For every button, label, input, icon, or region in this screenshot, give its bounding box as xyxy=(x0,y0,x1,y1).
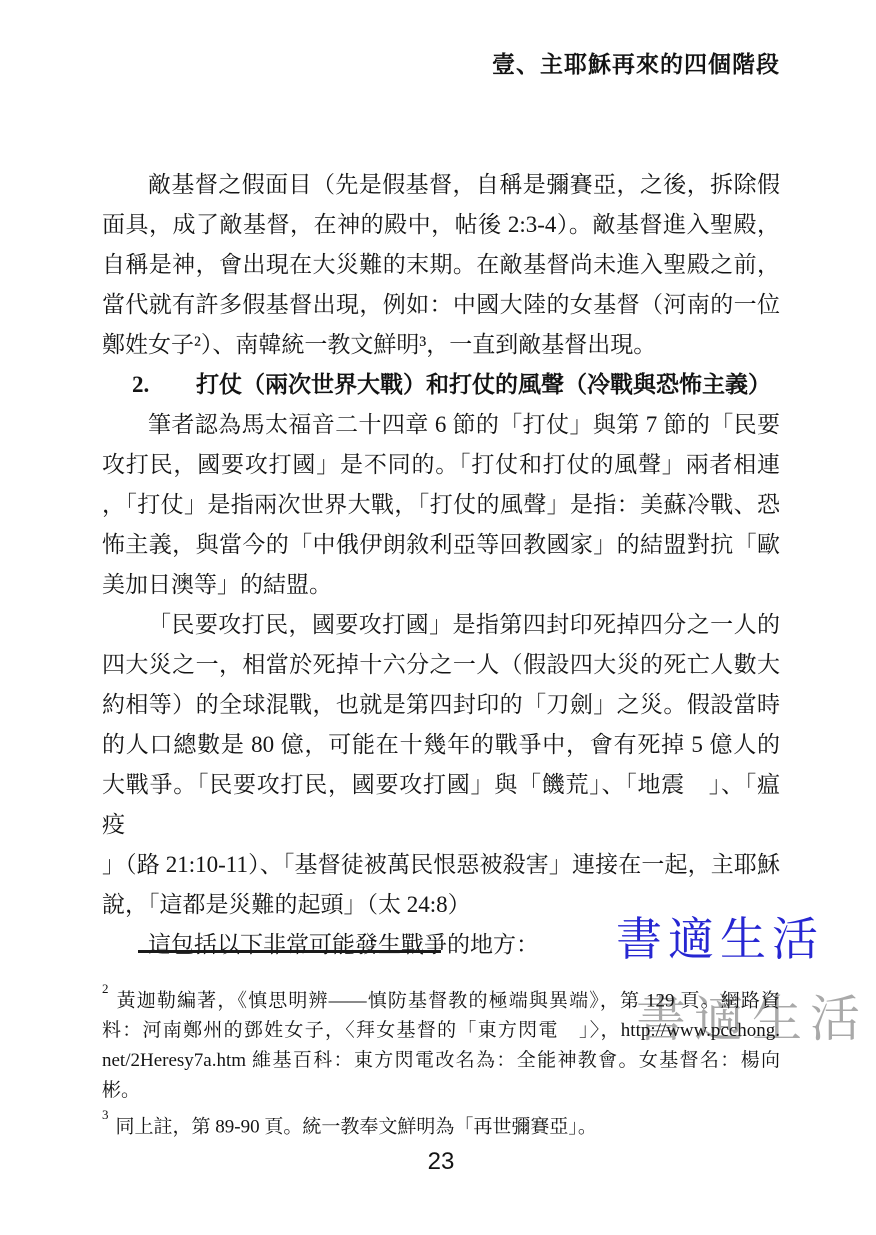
footnote-2-line: 料：河南鄭州的鄧姓女子，〈拜女基督的「東方閃電 」〉，http://www.pc… xyxy=(102,1016,780,1046)
paragraph1-line: 自稱是神，會出現在大災難的末期。在敵基督尚未進入聖殿之前， xyxy=(102,245,780,285)
footnote-2-line: 彬。 xyxy=(102,1076,780,1106)
paragraph3-line: 大戰爭。「民要攻打民，國要攻打國」與「饑荒」、「地震 」、「瘟疫 xyxy=(102,765,780,845)
footnote-3-line: 3同上註，第 89-90 頁。統一教奉文鮮明為「再世彌賽亞」。 xyxy=(102,1106,780,1142)
paragraph1-line: 鄭姓女子²）、南韓統一教文鮮明³，一直到敵基督出現。 xyxy=(102,325,780,365)
section-heading-number: 2. xyxy=(132,365,196,405)
paragraph3-line: 」（路 21:10-11）、「基督徒被萬民恨惡被殺害」連接在一起，主耶穌 xyxy=(102,845,780,885)
paragraph1-line: 面具，成了敵基督，在神的殿中，帖後 2:3-4）。敵基督進入聖殿， xyxy=(102,205,780,245)
watermark-blue: 書適生活 xyxy=(616,917,824,963)
footnote-3-marker: 3 xyxy=(102,1107,109,1122)
paragraph3-line: 的人口總數是 80 億，可能在十幾年的戰爭中，會有死掉 5 億人的 xyxy=(102,725,780,765)
footnote-3-text: 同上註，第 89-90 頁。統一教奉文鮮明為「再世彌賽亞」。 xyxy=(116,1117,597,1138)
footnotes: 2黃迦勒編著，《慎思明辨——慎防基督教的極端與異端》，第 129 頁。網路資 料… xyxy=(102,980,780,1143)
section-heading: 2.打仗（兩次世界大戰）和打仗的風聲（冷戰與恐怖主義） xyxy=(102,365,780,405)
paragraph1-line: 當代就有許多假基督出現，例如：中國大陸的女基督（河南的一位 xyxy=(102,285,780,325)
paragraph2-line: 筆者認為馬太福音二十四章 6 節的「打仗」與第 7 節的「民要 xyxy=(102,405,780,445)
page-header: 壹、主耶穌再來的四個階段 xyxy=(102,46,780,79)
paragraph2-line: 美加日澳等」的結盟。 xyxy=(102,565,780,605)
paragraph2-line: ，「打仗」是指兩次世界大戰，「打仗的風聲」是指：美蘇冷戰、恐 xyxy=(102,485,780,525)
page-number: 23 xyxy=(102,1148,780,1176)
body-text: 敵基督之假面目（先是假基督，自稱是彌賽亞，之後，拆除假 面具，成了敵基督，在神的… xyxy=(102,165,780,965)
document-page: 壹、主耶穌再來的四個階段 敵基督之假面目（先是假基督，自稱是彌賽亞，之後，拆除假… xyxy=(0,0,876,1235)
paragraph3-line: 四大災之一，相當於死掉十六分之一人（假設四大災的死亡人數大 xyxy=(102,645,780,685)
footnote-2-marker: 2 xyxy=(102,981,109,996)
footnote-2-text: 黃迦勒編著，《慎思明辨——慎防基督教的極端與異端》，第 129 頁。網路資 xyxy=(116,990,781,1011)
footnote-2-line: net/2Heresy7a.htm 維基百科：東方閃電改名為：全能神教會。女基督… xyxy=(102,1046,780,1076)
paragraph3-line: 約相等）的全球混戰，也就是第四封印的「刀劍」之災。假設當時 xyxy=(102,685,780,725)
paragraph3-line: 「民要攻打民，國要攻打國」是指第四封印死掉四分之一人的 xyxy=(102,605,780,645)
paragraph1-line: 敵基督之假面目（先是假基督，自稱是彌賽亞，之後，拆除假 xyxy=(102,165,780,205)
footnote-separator xyxy=(138,950,441,953)
paragraph2-line: 攻打民，國要攻打國」是不同的。「打仗和打仗的風聲」兩者相連 xyxy=(102,445,780,485)
paragraph2-line: 怖主義，與當今的「中俄伊朗敘利亞等回教國家」的結盟對抗「歐 xyxy=(102,525,780,565)
section-heading-text: 打仗（兩次世界大戰）和打仗的風聲（冷戰與恐怖主義） xyxy=(196,372,771,397)
footnote-2-line: 2黃迦勒編著，《慎思明辨——慎防基督教的極端與異端》，第 129 頁。網路資 xyxy=(102,980,780,1016)
